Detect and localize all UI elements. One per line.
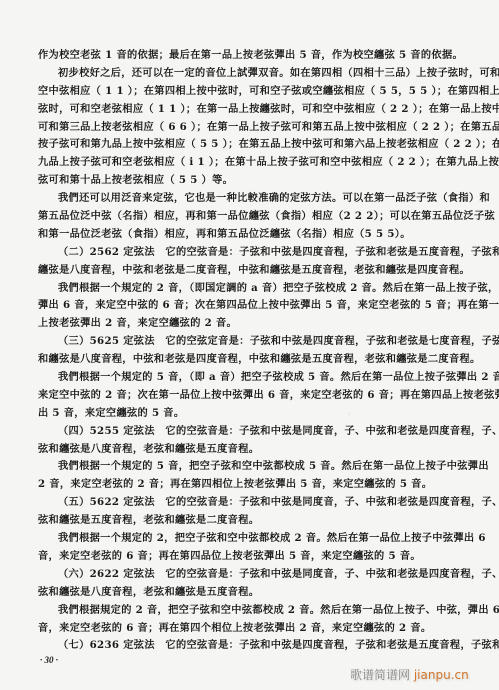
body-text: 作为校空老弦 1 音的依据；最后在第一品上按老弦彈出 5 音，作为校空纏弦 5 … <box>38 47 458 655</box>
watermark: 歌谱简谱网 jianpu.cn <box>350 666 469 683</box>
text-line: （四）5255 定弦法 它的空弦音是：子弦和中弦是同度音，子、中弦和老弦是四度音… <box>38 423 458 441</box>
watermark-domain: jianpu.cn <box>414 668 469 682</box>
text-line: 出 5 音，来定空纏弦的 5 音。 <box>38 405 458 423</box>
text-line: （五）5622 定弦法 它的空弦音是：子弦和中弦是同度音，子、中弦和老弦是四度音… <box>38 494 458 512</box>
text-line: 弦和纏弦是五度音程，老弦和纏弦是二度音程。 <box>38 512 458 530</box>
text-line: （三）5625 定弦法 它的空弦定音是：子弦和中弦是四度音程，子弦和老弦是七度音… <box>38 333 458 351</box>
text-line: 弦和纏弦是八度音程，老弦和纏弦是五度音程。 <box>38 441 458 459</box>
text-line: 可和第三品上按老弦相应（ 6 6 ）；在第一品上按子弦可和第五品上按中弦相应（ … <box>38 119 458 137</box>
text-line: 上按老弦彈出 2 音，来定空纏弦的 2 音。 <box>38 315 458 333</box>
text-line: 初步校好之后，还可以在一定的音位上試彈双音。如在第四相（四相十三品）上按子弦时，… <box>38 65 458 83</box>
watermark-site-name: 歌谱简谱网 <box>350 668 410 682</box>
page-number: · 30 · <box>40 655 58 665</box>
text-line: 彈出 6 音，来定空中弦的 6 音；次在第四品位上按中弦彈出 5 音，来定空老弦… <box>38 297 458 315</box>
text-line: 我們根据一个規定的 5 音，把空子弦和空中弦都校成 5 音。然后在第一品位上按子… <box>38 458 458 476</box>
text-line: 九品上按子弦可和空老弦相应（ i 1 ）；在第十品上按子弦可和空中弦相应（ 2 … <box>38 154 458 172</box>
text-line: 弦时，可和空老弦相应（ 1 1 ）；在第一品上按纏弦时，可和空中弦相应（ 2 2… <box>38 101 458 119</box>
scanned-page: 作为校空老弦 1 音的依据；最后在第一品上按老弦彈出 5 音，作为校空纏弦 5 … <box>0 0 499 690</box>
text-line: 我們根据規定的 2 音，把空子弦和空中弦都校成 2 音。然后在第一品位上按子、中… <box>38 602 458 620</box>
text-line: 纏弦是八度音程，中弦和老弦是二度音程，中弦和纏弦是五度音程，老弦和纏弦是四度音程… <box>38 262 458 280</box>
text-line: 和纏弦是八度音程，中弦和老弦是四度音程，中弦和纏弦是五度音程，老弦和纏弦是二度音… <box>38 351 458 369</box>
text-line: 2 音，来定空老弦的 2 音；再在第四相位上按老弦彈出 5 音，来定空纏弦的 5… <box>38 476 458 494</box>
text-line: 音，来定空老弦的 6 音；再在第四品位上按老弦彈出 5 音，来定空纏弦的 5 音… <box>38 548 458 566</box>
text-line: 弦和纏弦是八度音程，老弦和纏弦是五度音程。 <box>38 584 458 602</box>
text-line: 我們根据一个規定的 5 音，（即 a 音）把空子弦校成 5 音。然后在第一品位上… <box>38 369 458 387</box>
text-line: 按子弦可和第九品上按中弦相应（ 5 5 ）；在第五品上按中弦可和第六品上按老弦相… <box>38 136 458 154</box>
text-line: 音，来定空老弦的 6 音；再在第四个相位上按老弦彈出 2 音，来定空纏弦的 2 … <box>38 620 458 638</box>
text-line: （七）6236 定弦法 它的空弦音是：子弦和中弦是四度音程，子弦和老弦是五度音程… <box>38 637 458 655</box>
text-line: 和第一品位泛老弦（食指）相应，再和第五品位泛纏弦（名指）相应（5 5 5）。 <box>38 226 458 244</box>
text-line: 作为校空老弦 1 音的依据；最后在第一品上按老弦彈出 5 音，作为校空纏弦 5 … <box>38 47 458 65</box>
text-line: 我們还可以用泛音来定弦，它也是一种比較准确的定弦方法。可以在第一品泛子弦（食指）… <box>38 190 458 208</box>
text-line: 我們根据一个規定的 2 音，（即国定調的 a 音）把空子弦校成 2 音。然后在第… <box>38 280 458 298</box>
text-line: 弦可和第十品上按老弦相应（ 5 5 ）等。 <box>38 172 458 190</box>
text-line: 第五品位泛中弦（名指）相应，再和第一品位纏弦（食指）相应（2 2 2）；可以在第… <box>38 208 458 226</box>
text-line: 来定空中弦的 2 音；次在第一品位上按中弦彈出 6 音，来定空老弦的 6 音；再… <box>38 387 458 405</box>
text-line: （六）2622 定弦法 它的空弦音是：子弦和中弦是同度音，子、中弦和老弦是四度音… <box>38 566 458 584</box>
text-line: （二）2562 定弦法 它的空弦音是：子弦和中弦是四度音程，子弦和老弦是五度音程… <box>38 244 458 262</box>
text-line: 我們根据一个規定的 2，把空子弦和空中弦都校成 2 音。然后在第一品位上按子中弦… <box>38 530 458 548</box>
text-line: 空中弦相应（ 1 1 ）；在第四相上按中弦时，可和空子弦或空纏弦相应（ 5 5，… <box>38 83 458 101</box>
